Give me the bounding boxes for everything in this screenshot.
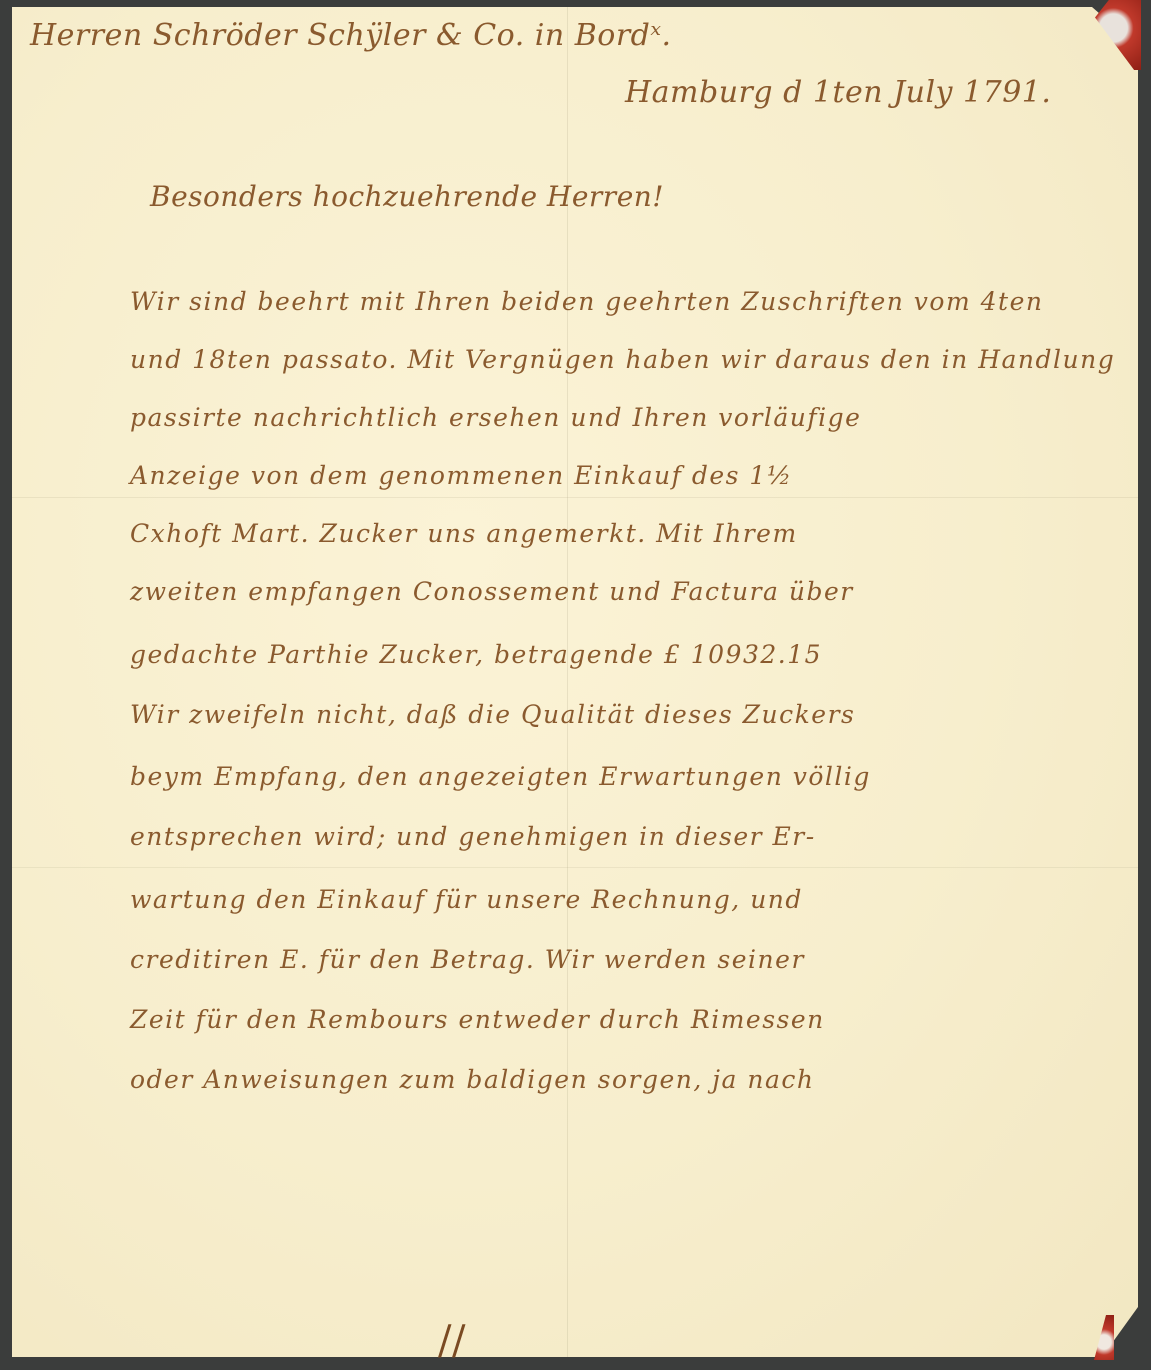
recipient-address: Herren Schröder Schÿler & Co. in Bordˣ.: [30, 18, 672, 53]
fold-line-horizontal: [12, 497, 1138, 498]
fold-line-horizontal: [12, 867, 1138, 868]
body-line: zweiten empfangen Conossement und Factur…: [130, 577, 854, 606]
body-line: beym Empfang, den angezeigten Erwartunge…: [130, 762, 871, 791]
body-line: Wir zweifeln nicht, daß die Qualität die…: [130, 700, 855, 729]
dateline: Hamburg d 1ten July 1791.: [625, 75, 1051, 110]
body-line: Anzeige von dem genommenen Einkauf des 1…: [130, 461, 793, 490]
body-line: Zeit für den Rembours entweder durch Rim…: [130, 1005, 825, 1034]
page-mark: //: [438, 1318, 466, 1364]
body-line: wartung den Einkauf für unsere Rechnung,…: [130, 885, 803, 914]
body-line: passirte nachrichtlich ersehen und Ihren…: [130, 403, 861, 432]
body-line: Wir sind beehrt mit Ihren beiden geehrte…: [130, 287, 1043, 316]
body-line: gedachte Parthie Zucker, betragende £ 10…: [130, 640, 822, 669]
body-line: entsprechen wird; und genehmigen in dies…: [130, 822, 816, 851]
body-line: Cxhoft Mart. Zucker uns angemerkt. Mit I…: [130, 519, 798, 548]
body-line: oder Anweisungen zum baldigen sorgen, ja…: [130, 1065, 814, 1094]
salutation: Besonders hochzuehrende Herren!: [150, 180, 664, 213]
body-line: und 18ten passato. Mit Vergnügen haben w…: [130, 345, 1115, 374]
body-line: creditiren E. für den Betrag. Wir werden…: [130, 945, 805, 974]
